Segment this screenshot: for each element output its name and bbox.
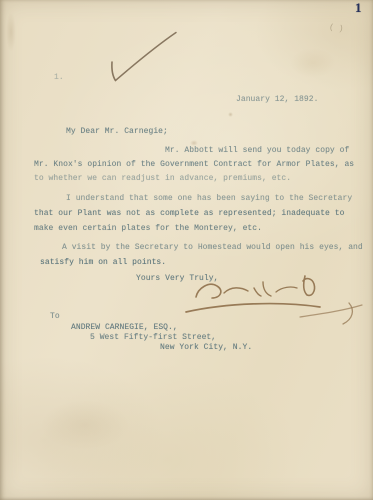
body-line: satisfy him on all points. (40, 258, 166, 268)
date-line: January 12, 1892. (236, 95, 318, 105)
body-line: A visit by the Secretary to Homestead wo… (62, 243, 363, 253)
body-line: to whether we can readjust in advance, p… (34, 174, 291, 184)
address-city: New York City, N.Y. (160, 343, 252, 353)
letter-page: 1 ( ) 1. January 12, 1892. My Dear Mr. C… (0, 0, 373, 500)
pencil-checkmark-icon (112, 33, 176, 81)
faint-pencil-mark: ( ) (328, 23, 344, 34)
margin-mark: 1. (54, 73, 64, 83)
body-line: Mr. Knox's opinion of the Government Con… (34, 160, 354, 170)
age-spot (228, 112, 233, 117)
page-number-stamp: 1 (355, 1, 362, 15)
age-spot (290, 48, 336, 78)
body-line: I understand that some one has been sayi… (66, 194, 352, 204)
address-to-label: To (50, 312, 60, 322)
body-line: make even certain plates for the Montere… (34, 224, 262, 234)
age-spot (40, 400, 130, 450)
body-line: that our Plant was not as complete as re… (34, 209, 344, 219)
salutation: My Dear Mr. Carnegie; (66, 127, 168, 137)
address-street: 5 West Fifty-first Street, (90, 333, 216, 343)
age-spot (6, 12, 16, 52)
closing-line: Yours Very Truly, (136, 274, 218, 284)
body-line: Mr. Abbott will send you today copy of (165, 146, 349, 156)
address-name: ANDREW CARNEGIE, ESQ., (71, 323, 178, 333)
